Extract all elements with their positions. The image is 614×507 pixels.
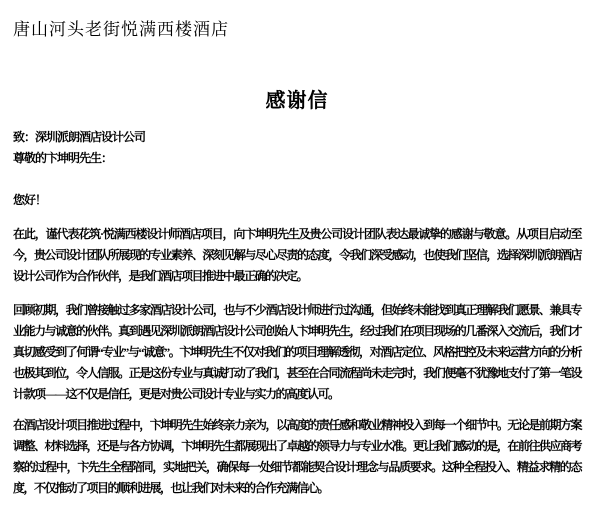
hotel-name-header: 唐山河头老街悦满西楼酒店 (13, 18, 581, 42)
letter-paragraph-1: 在此，谨代表花筑·悦满西楼设计师酒店项目，向卞坤明先生及贵公司设计团队表达最诚挚… (13, 224, 581, 287)
greeting-line: 您好！ (13, 190, 581, 211)
letter-paragraph-3: 在酒店设计项目推进过程中，卞坤明先生始终亲力亲为，以高度的责任感和敬业精神投入到… (13, 415, 581, 499)
thank-you-letter-document: 唐山河头老街悦满西楼酒店 感谢信 致：深圳派朗酒店设计公司 尊敬的卞坤明先生： … (0, 0, 614, 507)
letter-paragraph-2: 回顾初期，我们曾接触过多家酒店设计公司，也与不少酒店设计师进行过沟通，但始终未能… (13, 300, 581, 405)
letter-title: 感谢信 (13, 88, 581, 115)
salutation-line: 尊敬的卞坤明先生： (13, 148, 581, 169)
recipient-line: 致：深圳派朗酒店设计公司 (13, 127, 581, 148)
